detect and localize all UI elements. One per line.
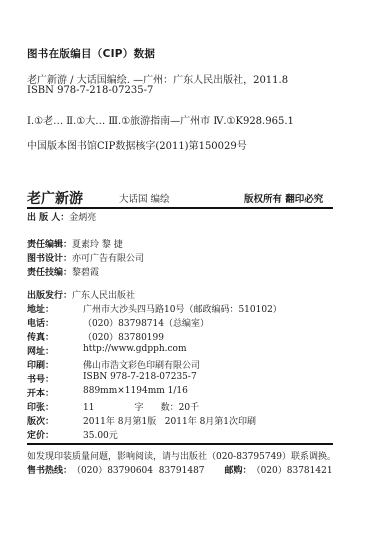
book-author: 大话国 编绘 <box>119 191 170 205</box>
detail-label-b: 次： <box>36 417 54 427</box>
detail-label: 印刷： <box>27 358 83 371</box>
detail-row-format: 开本： 889mm×1194mm 1/16 <box>27 386 188 399</box>
detail-value: 35.00元 <box>83 428 118 441</box>
detail-value: 11 字 数：20千 <box>83 400 199 413</box>
detail-row-edition: 版次： 2011年 8月第1版 2011年 8月第1次印刷 <box>27 414 256 427</box>
spacer <box>205 463 225 476</box>
detail-value: 889mm×1194mm 1/16 <box>83 386 188 399</box>
footer-divider <box>27 443 333 445</box>
cip-title: 图书在版编目（CIP）数据 <box>27 46 155 61</box>
detail-label-b: 张： <box>36 403 54 413</box>
detail-row-website: 网址： http://www.gdpph.com <box>27 344 187 357</box>
detail-label-a: 网 <box>27 347 36 357</box>
detail-value: 佛山市浩文彩色印刷有限公司 <box>83 358 200 371</box>
publisher-person-label: 出 版 人： <box>27 210 69 223</box>
detail-label-a: 印 <box>27 361 36 371</box>
detail-label: 传真： <box>27 330 83 343</box>
publisher-person-value: 金炳亮 <box>69 210 96 223</box>
detail-label-b: 址： <box>36 347 54 357</box>
detail-label: 书号： <box>27 372 83 385</box>
detail-value: 广州市大沙头四马路10号（邮政编码：510102） <box>83 302 282 315</box>
credit-label: 图书设计： <box>27 251 72 264</box>
detail-value: （020）83780199 <box>83 330 164 343</box>
detail-row-sheets: 印张： 11 字 数：20千 <box>27 400 199 413</box>
detail-label-a: 书 <box>27 375 36 385</box>
detail-label: 版次： <box>27 414 83 427</box>
detail-label: 定价： <box>27 428 83 441</box>
quality-notice: 如发现印装质量问题，影响阅读，请与出版社（020-83795749）联系调换。 <box>27 449 336 462</box>
credit-row: 责任编辑： 夏素玲 黎 捷 <box>27 237 123 250</box>
website-link[interactable]: http://www.gdpph.com <box>83 344 187 357</box>
rights-notice: 版权所有 翻印必究 <box>244 191 323 205</box>
detail-label-b: 刷： <box>36 361 54 371</box>
detail-label: 网址： <box>27 344 83 357</box>
detail-row-publisher: 出版发行： 广东人民出版社 <box>27 288 135 301</box>
detail-label-a: 定 <box>27 431 36 441</box>
cip-library-record: 中国版本图书馆CIP数据核字(2011)第150029号 <box>27 137 247 152</box>
publisher-person-row: 出 版 人： 金炳亮 <box>27 210 96 223</box>
detail-colon: ： <box>63 288 72 301</box>
cip-classification: Ⅰ.①老… Ⅱ.①大… Ⅲ.①旅游指南—广州市 Ⅳ.①K928.965.1 <box>27 112 294 127</box>
detail-row-address: 地址： 广州市大沙头四马路10号（邮政编码：510102） <box>27 302 282 315</box>
cip-catalog-line: 老广新游 / 大话国编绘. —广州：广东人民出版社，2011.8 <box>27 71 288 86</box>
header-divider <box>27 207 333 209</box>
mail-order-label: 邮购： <box>225 463 252 476</box>
detail-label: 开本： <box>27 386 83 399</box>
detail-label: 印张： <box>27 400 83 413</box>
sales-hotline-value: （020）83790604 83791487 <box>72 463 205 476</box>
detail-value: 广东人民出版社 <box>72 288 135 301</box>
detail-label-a: 传 <box>27 333 36 343</box>
credit-label: 责任编辑： <box>27 237 72 250</box>
credit-label: 责任技编： <box>27 265 72 278</box>
detail-label-a: 地 <box>27 305 36 315</box>
credit-row: 责任技编： 黎碧霞 <box>27 265 99 278</box>
detail-label: 出版发行 <box>27 288 63 301</box>
credit-value: 夏素玲 黎 捷 <box>72 237 123 250</box>
detail-label-a: 版 <box>27 417 36 427</box>
detail-value: ISBN 978-7-218-07235-7 <box>83 372 197 385</box>
book-title: 老广新游 <box>27 188 83 208</box>
detail-label-b: 号： <box>36 375 54 385</box>
detail-label: 电话： <box>27 316 83 329</box>
mail-order-value: （020）83781421 <box>252 463 333 476</box>
credit-value: 黎碧霞 <box>72 265 99 278</box>
cip-isbn: ISBN 978-7-218-07235-7 <box>27 85 153 96</box>
detail-value: 2011年 8月第1版 2011年 8月第1次印刷 <box>83 414 256 427</box>
credit-row: 图书设计： 亦可广告有限公司 <box>27 251 144 264</box>
detail-value: （020）83798714（总编室） <box>83 316 209 329</box>
sales-hotline-row: 售书热线： （020）83790604 83791487 邮购： （020）83… <box>27 463 333 476</box>
detail-label-a: 电 <box>27 319 36 329</box>
sales-hotline-label: 售书热线： <box>27 463 72 476</box>
detail-label-b: 本： <box>36 389 54 399</box>
detail-row-printer: 印刷： 佛山市浩文彩色印刷有限公司 <box>27 358 200 371</box>
detail-label-a: 开 <box>27 389 36 399</box>
detail-label-b: 价： <box>36 431 54 441</box>
detail-label-b: 真： <box>36 333 54 343</box>
detail-row-phone: 电话： （020）83798714（总编室） <box>27 316 209 329</box>
detail-row-isbn: 书号： ISBN 978-7-218-07235-7 <box>27 372 197 385</box>
detail-row-fax: 传真： （020）83780199 <box>27 330 164 343</box>
detail-row-price: 定价： 35.00元 <box>27 428 118 441</box>
detail-label-b: 址： <box>36 305 54 315</box>
detail-label: 地址： <box>27 302 83 315</box>
credit-value: 亦可广告有限公司 <box>72 251 144 264</box>
detail-label-b: 话： <box>36 319 54 329</box>
detail-label-a: 印 <box>27 403 36 413</box>
